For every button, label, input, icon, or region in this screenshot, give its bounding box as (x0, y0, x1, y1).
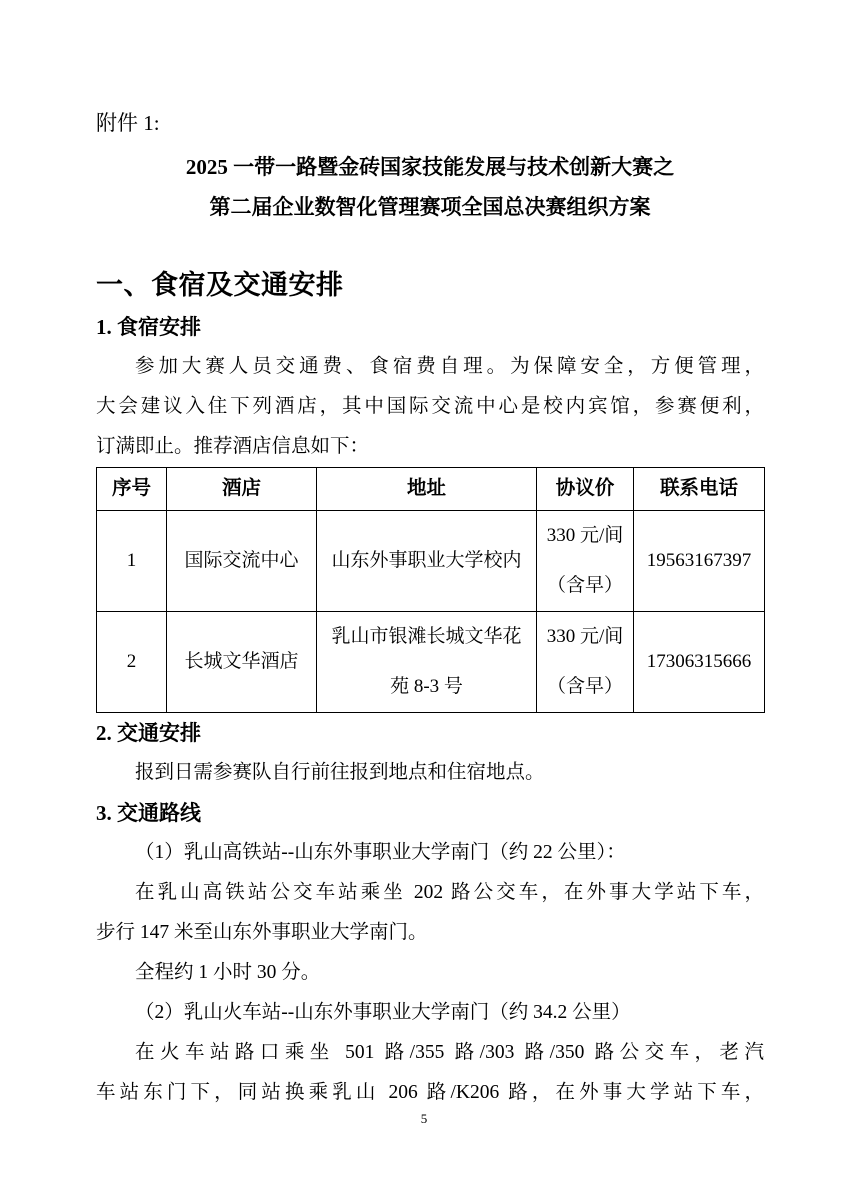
paragraph-line: 参加大赛人员交通费、食宿费自理。为保障安全，方便管理， (96, 347, 764, 387)
cell-number: 2 (97, 612, 167, 713)
column-header-number: 序号 (97, 468, 167, 511)
table-header-row: 序号 酒店 地址 协议价 联系电话 (97, 468, 765, 511)
document-title-line2: 第二届企业数智化管理赛项全国总决赛组织方案 (96, 187, 764, 227)
column-header-address: 地址 (317, 468, 537, 511)
hotel-table: 序号 酒店 地址 协议价 联系电话 1 国际交流中心 山东外事职业大学校内 33… (96, 467, 765, 713)
attachment-label: 附件 1: (96, 103, 764, 143)
section-heading-accommodation-transport: 一、食宿及交通安排 (96, 263, 764, 307)
document-title-line1: 2025 一带一路暨金砖国家技能发展与技术创新大赛之 (96, 147, 764, 187)
column-header-phone: 联系电话 (634, 468, 765, 511)
route1-title: （1）乳山高铁站--山东外事职业大学南门（约 22 公里）： (96, 833, 764, 873)
route2-title: （2）乳山火车站--山东外事职业大学南门（约 34.2 公里） (96, 993, 764, 1033)
cell-address: 乳山市银滩长城文华花 苑 8-3 号 (317, 612, 537, 713)
paragraph-line: 订满即止。推荐酒店信息如下： (96, 427, 764, 467)
subsection-heading-accommodation: 1. 食宿安排 (96, 307, 764, 347)
subsection-heading-routes: 3. 交通路线 (96, 793, 764, 833)
cell-hotel: 长城文华酒店 (167, 612, 317, 713)
route2-line: 车站东门下，同站换乘乳山 206 路/K206 路，在外事大学站下车， (96, 1073, 764, 1113)
cell-number: 1 (97, 511, 167, 612)
route1-line: 步行 147 米至山东外事职业大学南门。 (96, 913, 764, 953)
cell-phone: 17306315666 (634, 612, 765, 713)
document-page: 附件 1: 2025 一带一路暨金砖国家技能发展与技术创新大赛之 第二届企业数智… (0, 0, 848, 1200)
column-header-price: 协议价 (537, 468, 634, 511)
accommodation-paragraph: 参加大赛人员交通费、食宿费自理。为保障安全，方便管理， 大会建议入住下列酒店，其… (96, 347, 764, 467)
transport-paragraph: 报到日需参赛队自行前往报到地点和住宿地点。 (96, 753, 764, 793)
cell-price: 330 元/间 （含早） (537, 511, 634, 612)
cell-address: 山东外事职业大学校内 (317, 511, 537, 612)
route2-line: 在火车站路口乘坐 501 路/355 路/303 路/350 路公交车，老汽 (96, 1033, 764, 1073)
cell-price: 330 元/间 （含早） (537, 612, 634, 713)
cell-hotel: 国际交流中心 (167, 511, 317, 612)
route1-duration: 全程约 1 小时 30 分。 (96, 953, 764, 993)
document-title: 2025 一带一路暨金砖国家技能发展与技术创新大赛之 第二届企业数智化管理赛项全… (96, 147, 764, 227)
route1-line: 在乳山高铁站公交车站乘坐 202 路公交车，在外事大学站下车， (96, 873, 764, 913)
table-row: 1 国际交流中心 山东外事职业大学校内 330 元/间 （含早） 1956316… (97, 511, 765, 612)
page-number: 5 (0, 1108, 848, 1130)
table-row: 2 长城文华酒店 乳山市银滩长城文华花 苑 8-3 号 330 元/间 （含早）… (97, 612, 765, 713)
column-header-hotel: 酒店 (167, 468, 317, 511)
cell-phone: 19563167397 (634, 511, 765, 612)
paragraph-line: 大会建议入住下列酒店，其中国际交流中心是校内宾馆，参赛便利， (96, 387, 764, 427)
subsection-heading-transport: 2. 交通安排 (96, 713, 764, 753)
